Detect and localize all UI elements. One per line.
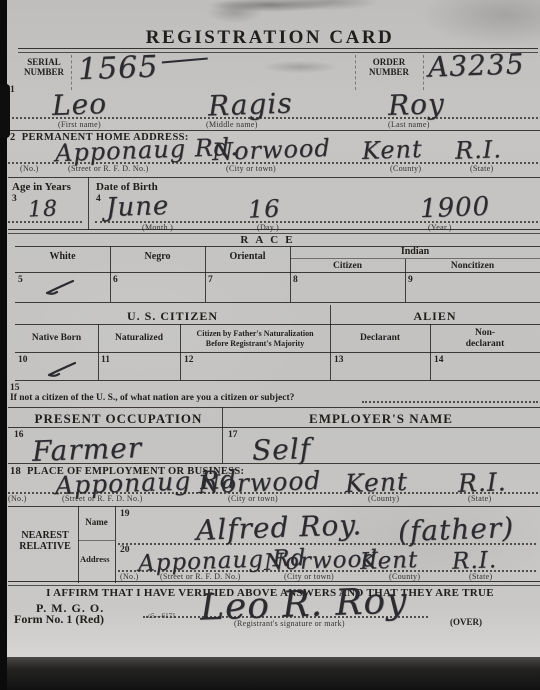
order-number-label-line2: NUMBER bbox=[358, 67, 420, 77]
age-number: 3 bbox=[12, 194, 17, 204]
nation-question: If not a citizen of the U. S., of what n… bbox=[10, 393, 294, 403]
home-city-label: (City or town) bbox=[226, 164, 276, 173]
pen-stroke bbox=[162, 58, 208, 64]
order-divider-right bbox=[423, 55, 424, 90]
scan-bottom-edge bbox=[0, 657, 540, 690]
race-white-header: White bbox=[15, 251, 110, 262]
race-cell8-number: 8 bbox=[293, 275, 298, 285]
name-dotted-line bbox=[8, 117, 538, 119]
home-state-label: (State) bbox=[470, 164, 493, 173]
serial-number-value: 1565 bbox=[77, 48, 209, 88]
citizen-cell13-number: 13 bbox=[334, 355, 344, 365]
relative-street-label: (Street or R. F. D. No.) bbox=[160, 572, 241, 581]
relative-cell-rule bbox=[78, 540, 115, 541]
last-name-label: (Last name) bbox=[388, 120, 430, 129]
employer-value: Self bbox=[251, 432, 311, 467]
home-street-label: (Street or R. F. D. No.) bbox=[68, 164, 149, 173]
relative-no-label: (No.) bbox=[120, 572, 139, 581]
registration-card-scan: REGISTRATION CARD SERIAL NUMBER 1565 ORD… bbox=[0, 0, 540, 690]
relative-name-label: Name bbox=[78, 517, 115, 527]
middle-name-label: (Middle name) bbox=[206, 120, 258, 129]
employment-city-label: (City or town) bbox=[228, 494, 278, 503]
age-dob-divider bbox=[88, 177, 89, 230]
employment-street-label: (Street or R. F. D. No.) bbox=[62, 494, 143, 503]
section-rule bbox=[8, 506, 540, 507]
occupation-divider bbox=[222, 407, 223, 463]
alien-heading: ALIEN bbox=[330, 309, 540, 324]
dob-day-value: 16 bbox=[248, 194, 282, 223]
home-county-label: (County) bbox=[390, 164, 421, 173]
relative-name-dotted bbox=[118, 543, 536, 545]
relative-address-label: Address bbox=[80, 554, 110, 564]
citizen-cell11-number: 11 bbox=[101, 355, 110, 365]
first-name-label: (First name) bbox=[58, 120, 101, 129]
age-label: Age in Years bbox=[12, 181, 71, 193]
race-cell6-number: 6 bbox=[113, 275, 118, 285]
race-cell9-number: 9 bbox=[408, 275, 413, 285]
dob-month-value: June bbox=[105, 191, 169, 223]
form-number-text: Form No. 1 (Red) bbox=[14, 612, 104, 627]
race-oriental-header: Oriental bbox=[205, 251, 290, 262]
relative-name-number: 19 bbox=[120, 509, 130, 519]
section-rule bbox=[8, 463, 540, 464]
relative-state-label: (State) bbox=[469, 572, 492, 581]
order-divider-left bbox=[355, 55, 356, 90]
signature-label: (Registrant's signature or mark) bbox=[234, 619, 345, 628]
occupation-header-rule bbox=[8, 427, 540, 428]
employment-state-label: (State) bbox=[468, 494, 491, 503]
citizen-header-rule bbox=[15, 352, 540, 353]
citizen-cell14-number: 14 bbox=[434, 355, 444, 365]
home-state-value: R.I. bbox=[455, 135, 503, 165]
age-dotted-line bbox=[8, 221, 82, 223]
citizen-cell12-number: 12 bbox=[184, 355, 194, 365]
citizen-cell10-number: 10 bbox=[18, 355, 28, 365]
citizen-table-bottom bbox=[15, 380, 540, 381]
relative-divider bbox=[115, 506, 116, 583]
race-indian-subrule bbox=[290, 258, 540, 259]
employment-number: 18 bbox=[10, 466, 21, 477]
section-rule bbox=[8, 130, 540, 131]
race-header-rule bbox=[15, 272, 540, 273]
order-number-value: A3235 bbox=[427, 47, 525, 83]
relative-city-label: (City or town) bbox=[284, 572, 334, 581]
order-number-label-line1: ORDER bbox=[358, 57, 420, 67]
naturalized-header: Naturalized bbox=[98, 333, 180, 343]
citizen-heading-rule bbox=[15, 324, 540, 325]
age-value: 18 bbox=[28, 196, 59, 222]
race-negro-header: Negro bbox=[110, 251, 205, 262]
nearest-relative-heading-line2: RELATIVE bbox=[13, 541, 77, 552]
father-naturalization-header-line2: Before Registrant's Majority bbox=[180, 339, 330, 349]
nearest-relative-heading-line1: NEAREST bbox=[13, 530, 77, 541]
race-citizen-header: Citizen bbox=[290, 261, 405, 271]
relative-address-number: 20 bbox=[120, 545, 130, 555]
nondeclarant-header-line2: declarant bbox=[430, 339, 540, 350]
nondeclarant-header-line1: Non- bbox=[430, 328, 540, 339]
race-cell7-number: 7 bbox=[208, 275, 213, 285]
us-citizen-heading: U. S. CITIZEN bbox=[15, 309, 330, 324]
home-address-number: 2 bbox=[10, 132, 16, 143]
race-heading: RACE bbox=[0, 234, 540, 246]
race-table-bottom bbox=[15, 302, 540, 303]
home-no-label: (No.) bbox=[20, 164, 39, 173]
declarant-header: Declarant bbox=[330, 333, 430, 343]
line1-number: 1 bbox=[10, 85, 15, 95]
occupation-heading: PRESENT OCCUPATION bbox=[15, 411, 222, 427]
employer-heading: EMPLOYER'S NAME bbox=[222, 411, 540, 427]
race-noncitizen-header: Noncitizen bbox=[405, 261, 540, 271]
nation-dotted-line bbox=[362, 401, 538, 403]
line15-number: 15 bbox=[10, 383, 20, 393]
section-rule bbox=[8, 407, 540, 408]
serial-divider bbox=[71, 55, 72, 90]
native-born-header: Native Born bbox=[15, 333, 98, 343]
father-naturalization-header-line1: Citizen by Father's Naturalization bbox=[180, 329, 330, 339]
race-indian-header: Indian bbox=[290, 246, 540, 257]
dob-number: 4 bbox=[96, 194, 101, 204]
scan-edge-blob bbox=[0, 84, 10, 138]
employment-no-label: (No.) bbox=[8, 494, 27, 503]
employment-county-label: (County) bbox=[368, 494, 399, 503]
serial-number-label-line1: SERIAL bbox=[18, 57, 70, 67]
occupation-number: 16 bbox=[14, 430, 24, 440]
over-label: (OVER) bbox=[450, 617, 482, 627]
relative-name-value: Alfred Roy. bbox=[195, 508, 362, 547]
employer-number: 17 bbox=[228, 430, 238, 440]
race-cell5-number: 5 bbox=[18, 275, 23, 285]
card-title: REGISTRATION CARD bbox=[0, 27, 540, 49]
white-checkmark-icon bbox=[42, 278, 76, 296]
home-county-value: Kent bbox=[362, 135, 424, 165]
dob-year-value: 1900 bbox=[419, 192, 490, 224]
native-born-checkmark-icon bbox=[44, 360, 78, 378]
serial-number-label-line2: NUMBER bbox=[18, 67, 70, 77]
